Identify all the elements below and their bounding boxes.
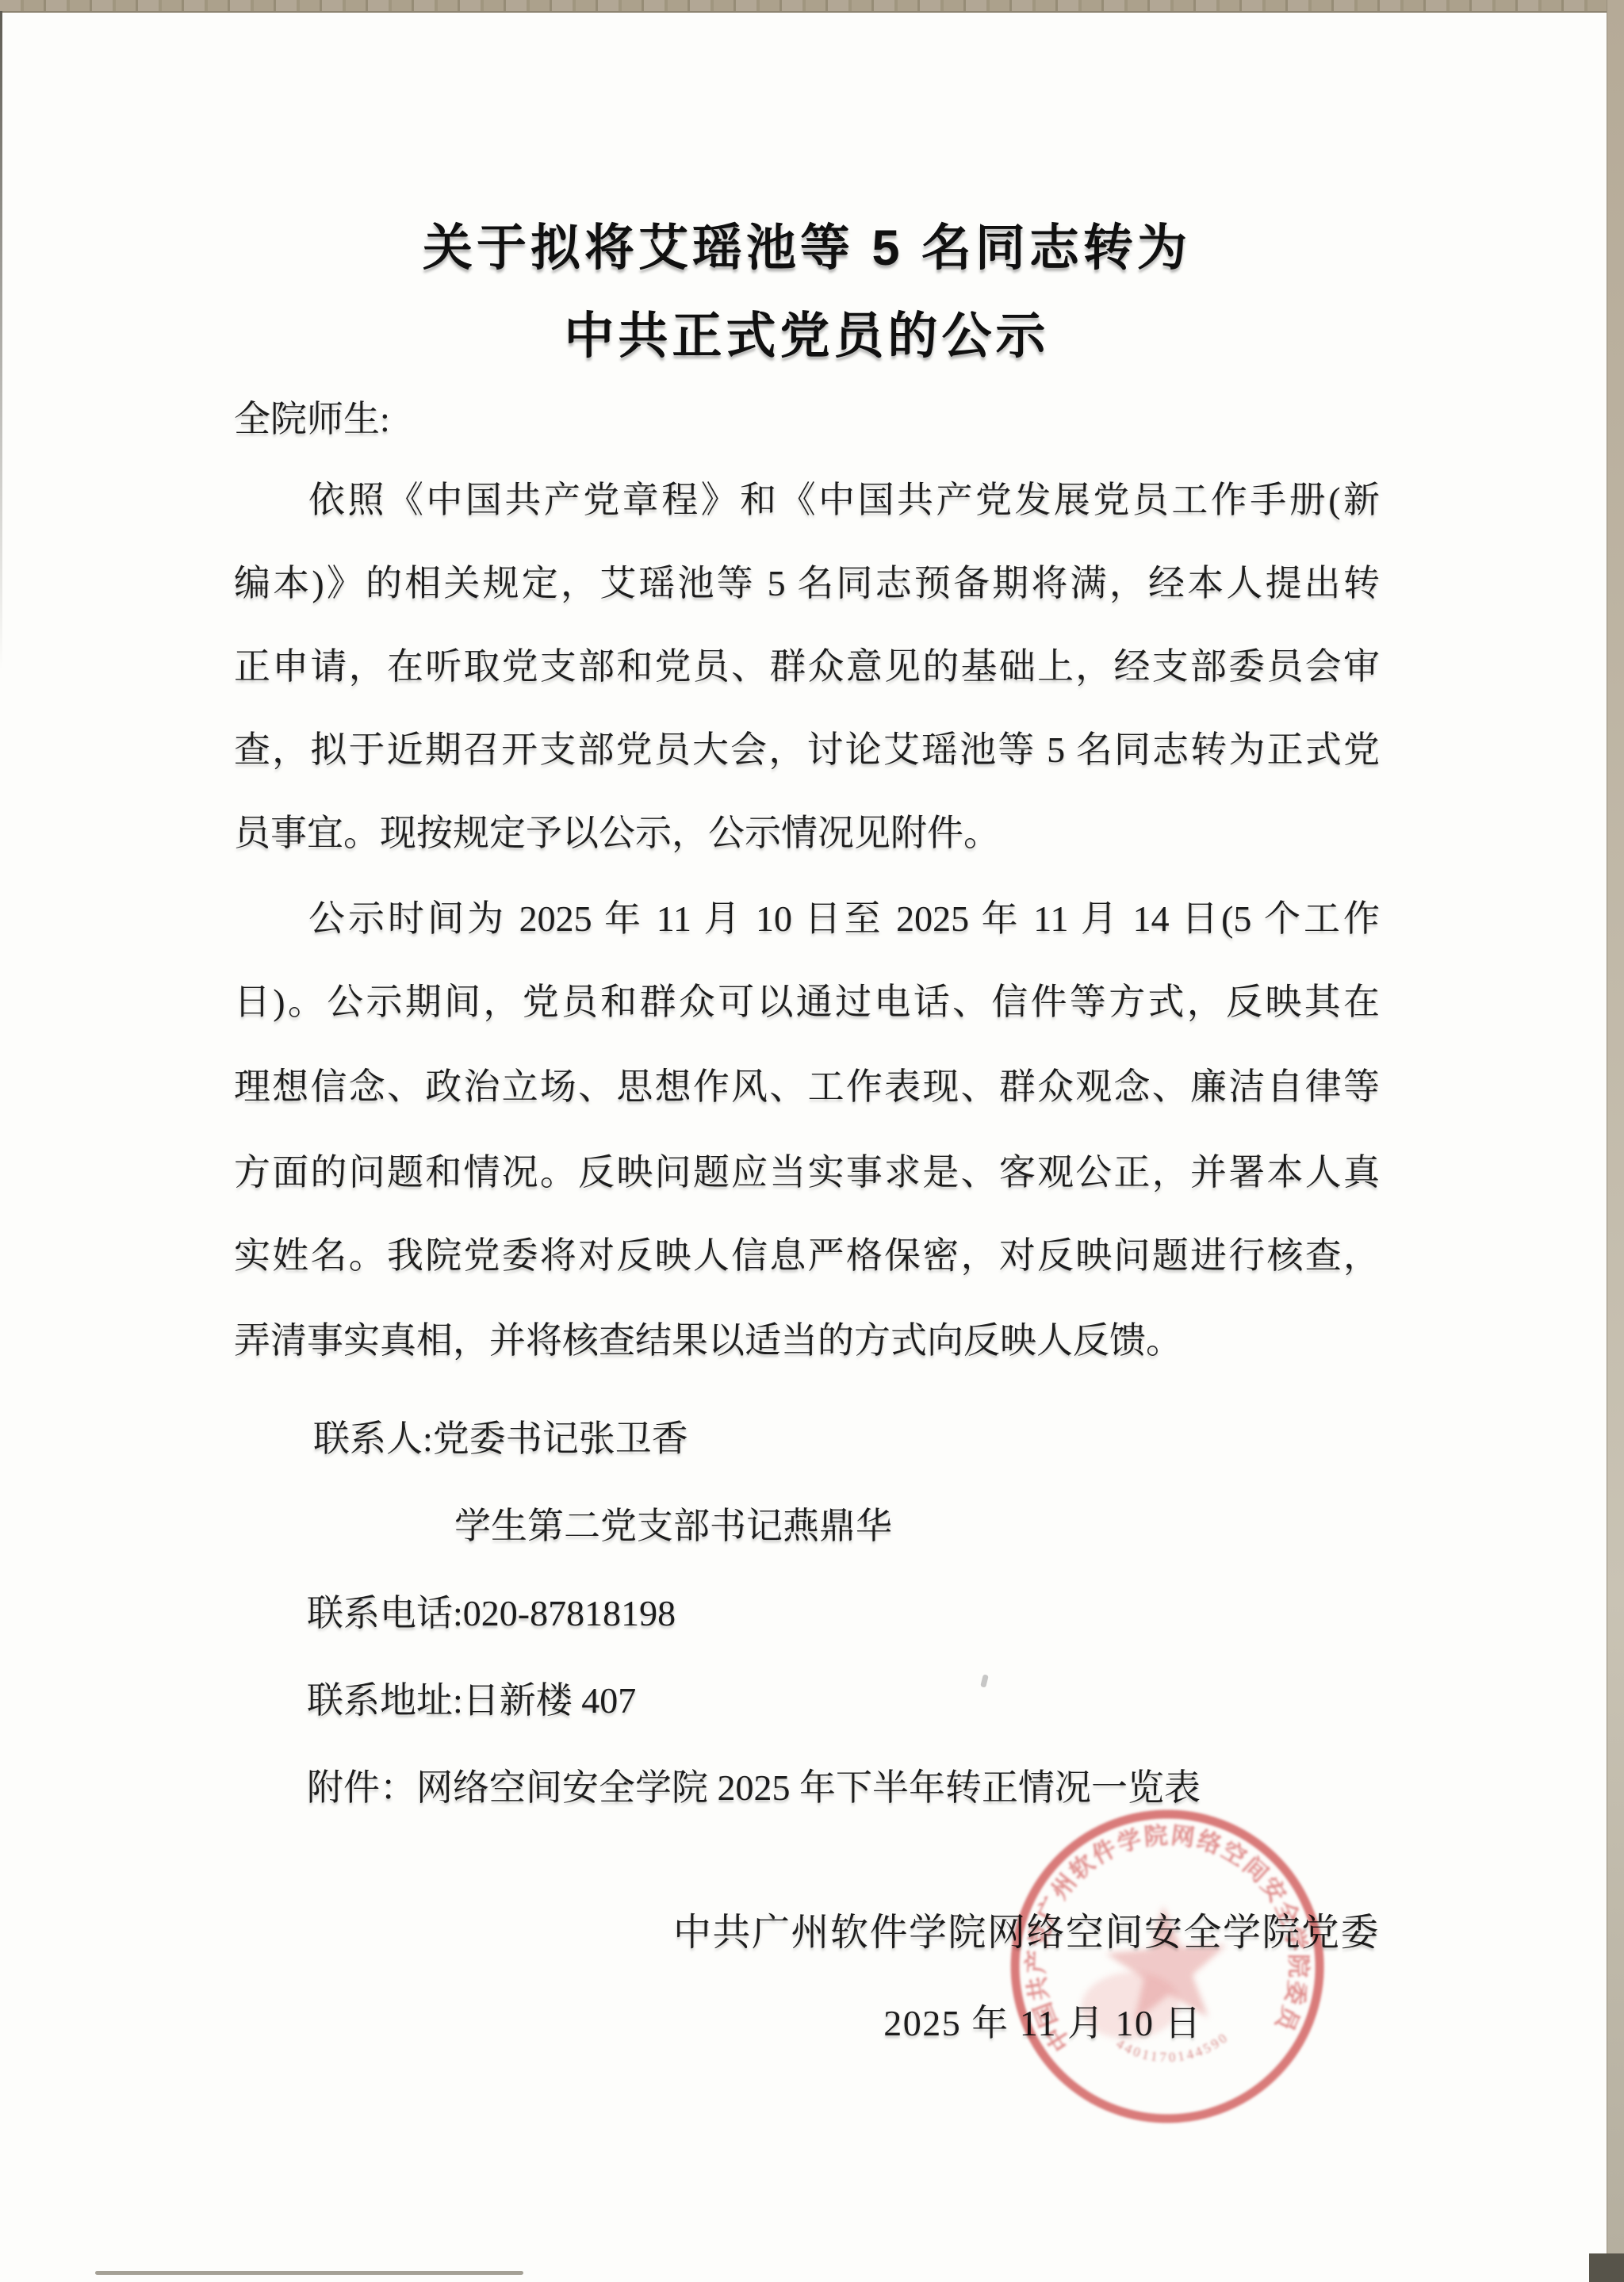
official-seal: 中国共产党广州软件学院网络空间安全学院委员会 4401170144590	[990, 1787, 1345, 2142]
page-bottom-edge-line	[95, 2271, 523, 2275]
contact-address-line: 联系地址:日新楼 407	[234, 1671, 1453, 1724]
body-line: 方面的问题和情况。反映问题应当实事求是、客观公正，并署本人真	[234, 1148, 1380, 1197]
salutation: 全院师生:	[234, 390, 390, 442]
scanner-corner-shadow	[1589, 2253, 1624, 2282]
body-line: 实姓名。我院党委将对反映人信息严格保密，对反映问题进行核查，	[234, 1231, 1380, 1281]
body-line: 编本)》的相关规定，艾瑶池等 5 名同志预备期将满，经本人提出转	[234, 559, 1380, 608]
contact-person-line: 联系人:党委书记张卫香	[234, 1410, 1459, 1462]
contact-person-line-2: 学生第二党支部书记燕鼎华	[234, 1497, 1600, 1549]
contact-phone-line: 联系电话:020-87818198	[234, 1584, 1453, 1637]
body-line: 依照《中国共产党章程》和《中国共产党发展党员工作手册(新	[234, 476, 1380, 525]
body-line: 公示时间为 2025 年 11 月 10 日至 2025 年 11 月 14 日…	[234, 894, 1380, 944]
page-left-edge-line	[0, 11, 2, 669]
document-title-line-1: 关于拟将艾瑶池等 5 名同志转为	[234, 208, 1380, 280]
body-line: 理想信念、政治立场、思想作风、工作表现、群众观念、廉洁自律等	[234, 1063, 1380, 1112]
document-title-line-2: 中共正式党员的公示	[234, 296, 1380, 368]
body-line: 日)。公示期间，党员和群众可以通过电话、信件等方式，反映其在	[234, 978, 1380, 1027]
body-line: 正申请，在听取党支部和党员、群众意见的基础上，经支部委员会审	[234, 642, 1380, 691]
scanner-top-edge	[0, 0, 1624, 13]
body-line: 弄清事实真相，并将核查结果以适当的方式向反映人反馈。	[234, 1316, 1380, 1365]
body-line: 查，拟于近期召开支部党员大会，讨论艾瑶池等 5 名同志转为正式党	[234, 726, 1380, 775]
body-line: 员事宜。现按规定予以公示，公示情况见附件。	[234, 809, 1380, 858]
scanned-document-page: { "title": { "line1": "关于拟将艾瑶池等 5 名同志转为"…	[0, 0, 1624, 2282]
scanner-right-edge	[1607, 0, 1624, 2282]
